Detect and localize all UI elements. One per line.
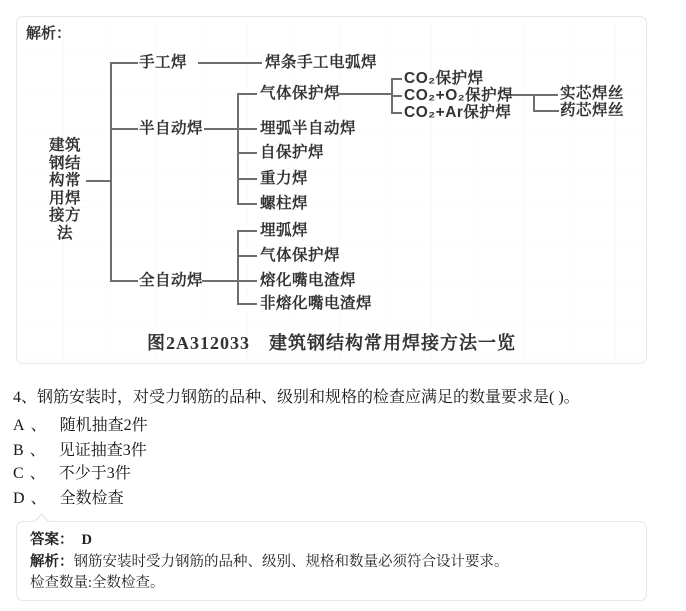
connector-line bbox=[237, 152, 257, 154]
option-separator: 、 bbox=[30, 442, 46, 459]
option-c-text: 不少于3件 bbox=[59, 465, 131, 482]
connector-line bbox=[338, 93, 392, 95]
node-flux-core-wire: 药芯焊丝 bbox=[560, 102, 624, 120]
quantity-line: 检查数量:全数检查。 bbox=[30, 573, 633, 595]
question-text: 4、钢筋安装时，对受力钢筋的品种、级别和规格的检查应满足的数量要求是( )。 bbox=[13, 387, 580, 408]
answer-label: 答案： bbox=[30, 532, 74, 548]
option-c: C、不少于3件 bbox=[13, 464, 131, 484]
node-self-shielded-welding: 自保护焊 bbox=[260, 144, 324, 162]
connector-line bbox=[237, 230, 239, 304]
connector-line bbox=[237, 93, 239, 204]
option-d-text: 全数检查 bbox=[60, 490, 124, 507]
node-gravity-welding: 重力焊 bbox=[260, 170, 308, 188]
node-solid-core-wire: 实芯焊丝 bbox=[560, 85, 624, 103]
connector-line bbox=[391, 78, 402, 80]
connector-line bbox=[237, 230, 257, 232]
node-gas-shielded-welding-auto: 气体保护焊 bbox=[260, 247, 340, 265]
option-a-label: A bbox=[13, 417, 25, 434]
node-fully-automatic-welding: 全自动焊 bbox=[139, 272, 203, 290]
option-separator: 、 bbox=[31, 490, 47, 507]
node-submerged-arc-semi-auto-welding: 埋弧半自动焊 bbox=[260, 120, 356, 138]
option-b-label: B bbox=[13, 442, 24, 459]
analysis-line: 解析：钢筋安装时受力钢筋的品种、级别、规格和数量必须符合设计要求。 bbox=[30, 552, 633, 574]
node-co2-shielded-welding: CO₂保护焊 bbox=[404, 70, 484, 88]
answer-analysis-label: 解析： bbox=[30, 554, 74, 570]
option-a: A、随机抽查2件 bbox=[13, 416, 148, 436]
option-b: B、见证抽查3件 bbox=[13, 441, 147, 461]
node-manual-welding: 手工焊 bbox=[139, 54, 187, 72]
connector-line bbox=[86, 180, 111, 182]
option-separator: 、 bbox=[30, 465, 46, 482]
node-semi-automatic-welding: 半自动焊 bbox=[139, 120, 203, 138]
node-submerged-arc-welding: 埋弧焊 bbox=[260, 222, 308, 240]
node-gas-shielded-welding: 气体保护焊 bbox=[260, 85, 340, 103]
callout-notch bbox=[34, 514, 50, 530]
node-non-consumable-nozzle-electroslag-welding: 非熔化嘴电渣焊 bbox=[260, 295, 372, 313]
node-co2-ar-shielded-welding: CO₂+Ar保护焊 bbox=[404, 104, 511, 122]
option-separator: 、 bbox=[31, 417, 47, 434]
node-stud-welding: 螺柱焊 bbox=[260, 195, 308, 213]
option-d: D、全数检查 bbox=[13, 489, 124, 509]
connector-line bbox=[110, 62, 138, 64]
analysis-card: 解析： 建筑钢结构常用焊接方法 手工焊 焊条手工电弧焊 半自动焊 气体保护焊 埋… bbox=[16, 16, 647, 364]
connector-line bbox=[110, 128, 138, 130]
connector-line bbox=[110, 280, 138, 282]
node-co2-o2-shielded-welding: CO₂+O₂保护焊 bbox=[404, 87, 513, 105]
connector-line bbox=[237, 303, 257, 305]
connector-line bbox=[204, 128, 238, 130]
connector-line bbox=[237, 255, 257, 257]
connector-line bbox=[198, 62, 262, 64]
answer-card: 答案：D 解析：钢筋安装时受力钢筋的品种、级别、规格和数量必须符合设计要求。 检… bbox=[16, 521, 647, 601]
answer-line: 答案：D bbox=[30, 530, 633, 552]
option-a-text: 随机抽查2件 bbox=[60, 417, 148, 434]
connector-line bbox=[533, 110, 559, 112]
node-consumable-nozzle-electroslag-welding: 熔化嘴电渣焊 bbox=[260, 272, 356, 290]
connector-line bbox=[391, 112, 402, 114]
option-b-text: 见证抽查3件 bbox=[59, 442, 147, 459]
node-stick-manual-arc-welding: 焊条手工电弧焊 bbox=[265, 54, 377, 72]
connector-line bbox=[110, 62, 112, 281]
connector-line bbox=[237, 128, 257, 130]
connector-line bbox=[202, 280, 238, 282]
connector-line bbox=[533, 94, 535, 111]
connector-line bbox=[237, 93, 257, 95]
connector-line bbox=[391, 95, 402, 97]
option-c-label: C bbox=[13, 465, 24, 482]
answer-value: D bbox=[82, 532, 92, 548]
connector-line bbox=[237, 203, 257, 205]
figure-caption: 图2A312033 建筑钢结构常用焊接方法一览 bbox=[17, 329, 646, 355]
option-d-label: D bbox=[13, 490, 25, 507]
analysis-label: 解析： bbox=[26, 22, 71, 43]
connector-line bbox=[237, 178, 257, 180]
connector-line bbox=[237, 280, 257, 282]
node-root-building-steel-welding-methods: 建筑钢结构常用焊接方法 bbox=[47, 137, 83, 242]
answer-analysis-text: 钢筋安装时受力钢筋的品种、级别、规格和数量必须符合设计要求。 bbox=[74, 554, 509, 570]
